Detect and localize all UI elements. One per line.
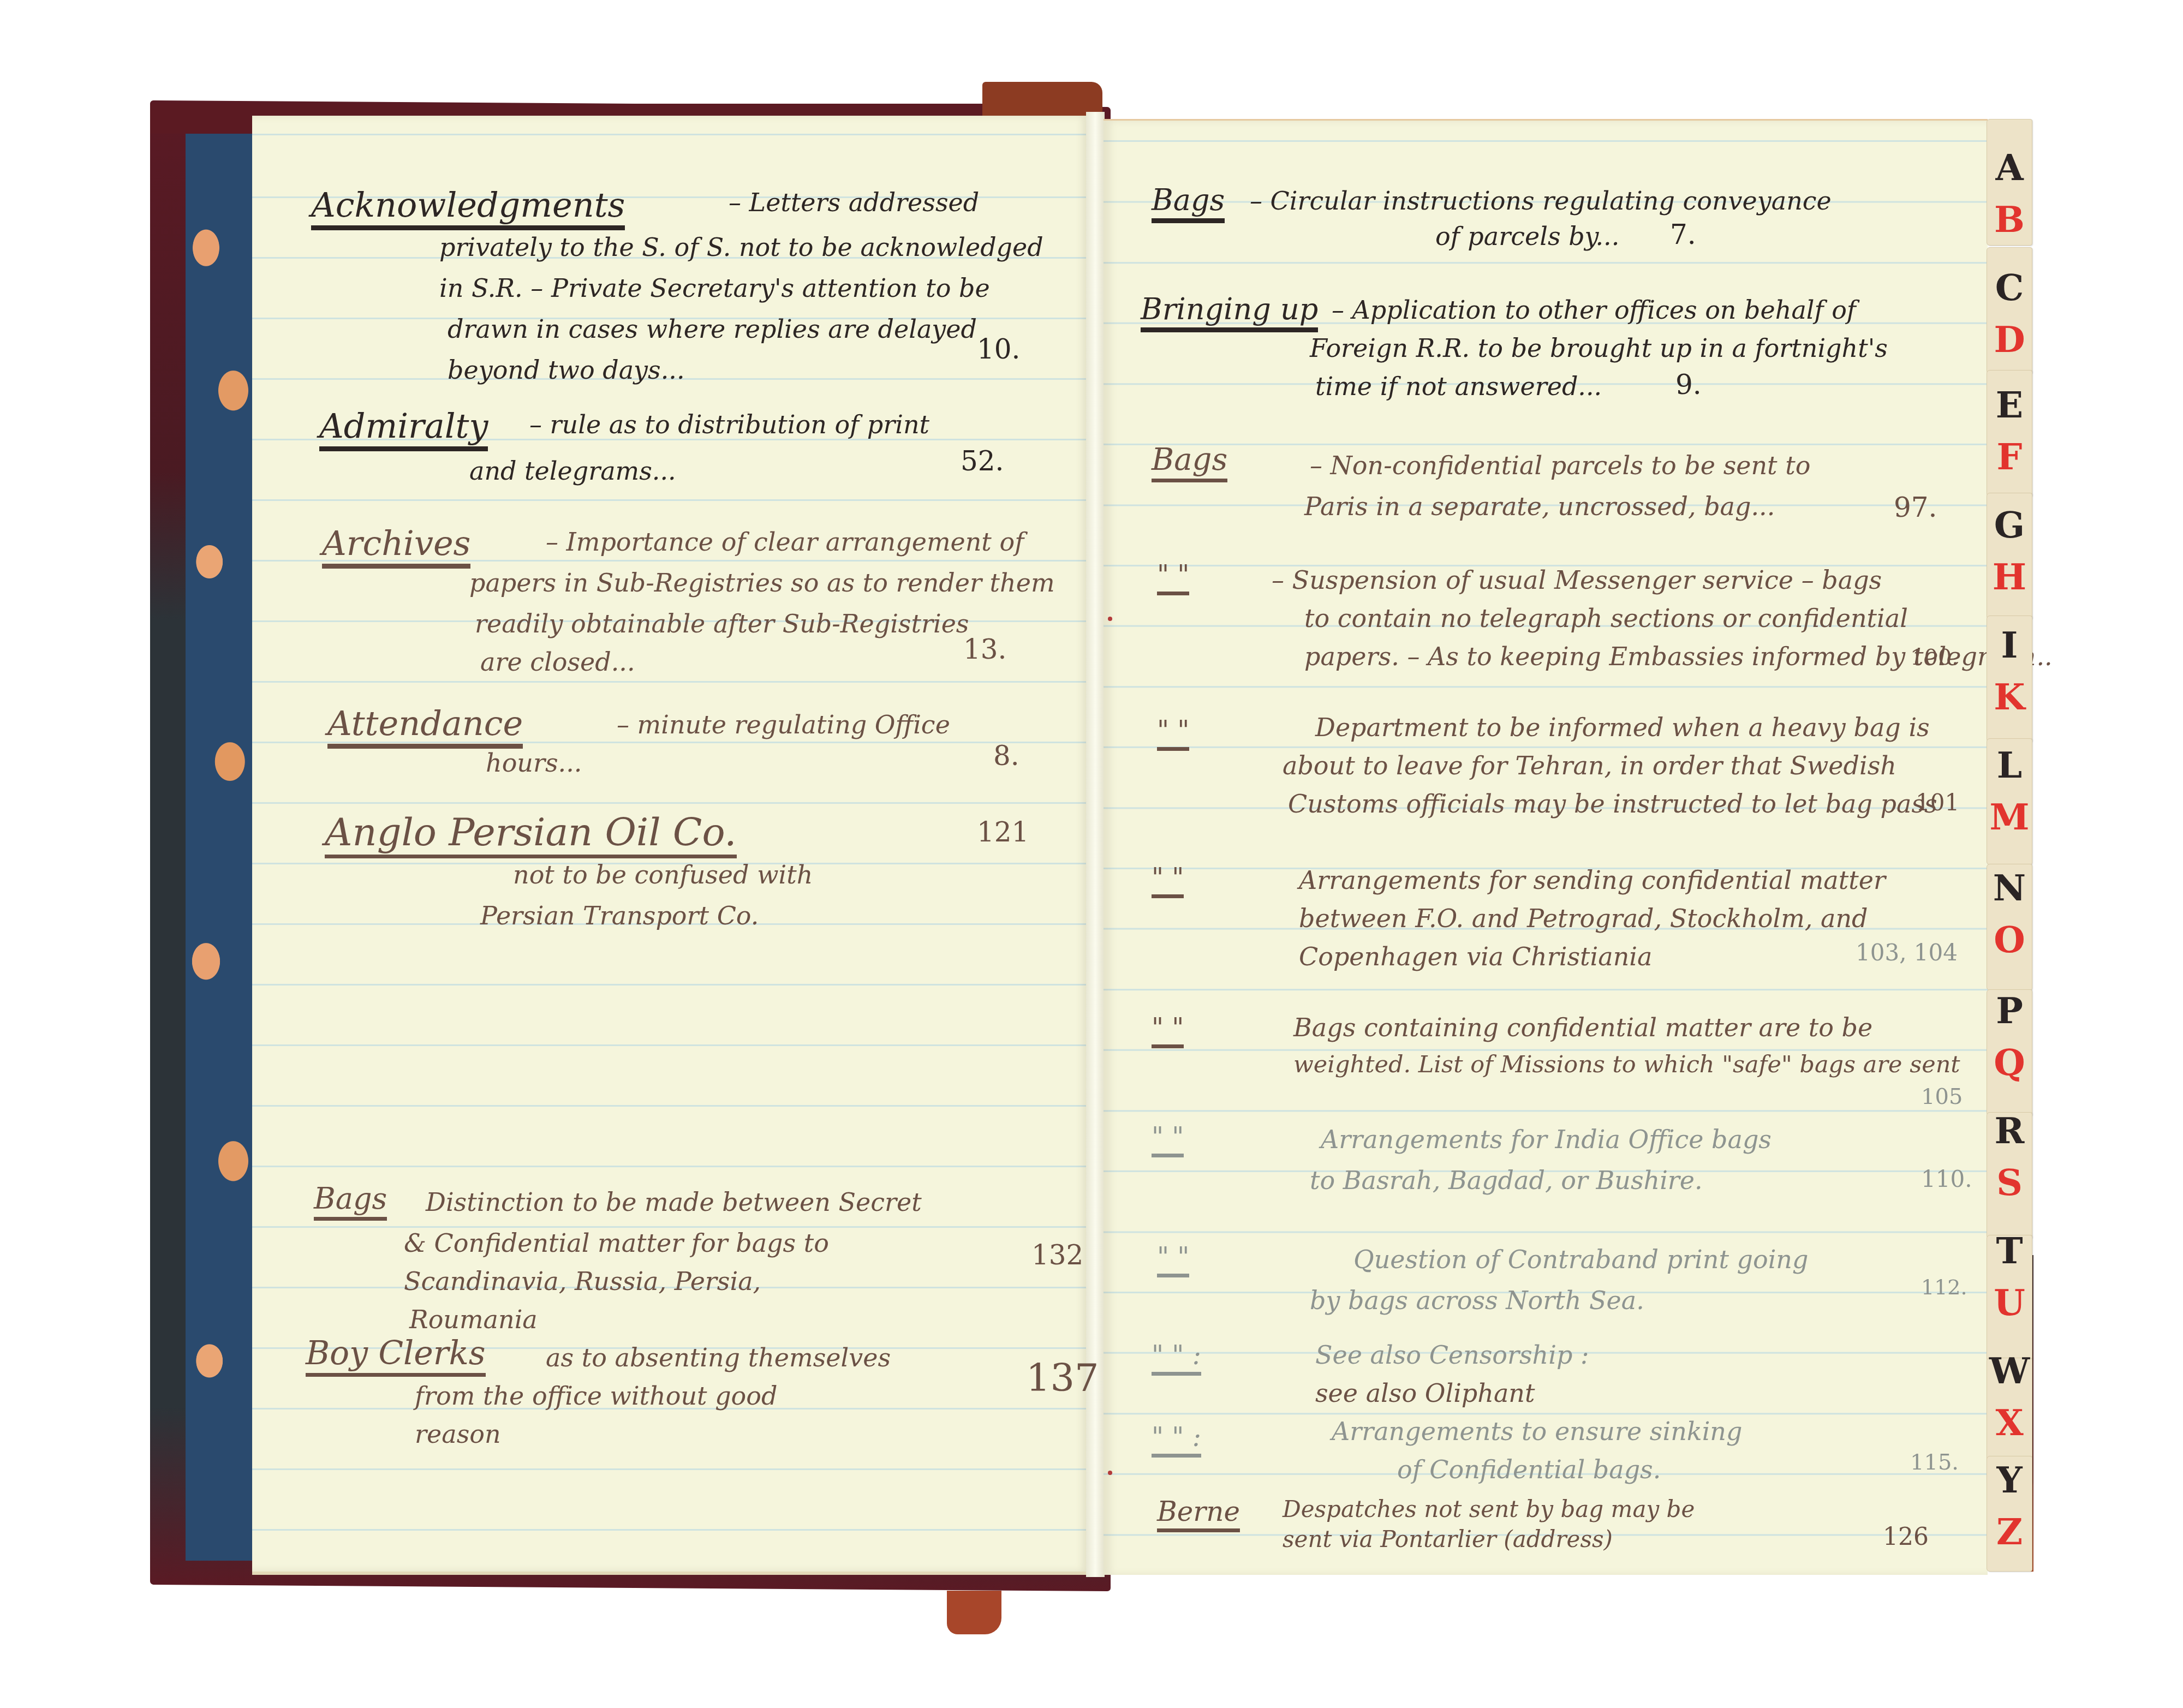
- entry-line: Scandinavia, Russia, Persia,: [404, 1269, 761, 1294]
- entry-line: – Application to other offices on behalf…: [1332, 297, 1856, 323]
- tab-r-s[interactable]: R S: [1987, 1112, 2032, 1239]
- page-number: 115.: [1910, 1452, 1959, 1473]
- entry-line: of parcels by...: [1435, 224, 1619, 249]
- page-number: 105: [1921, 1086, 1963, 1108]
- entry-line: – Letters addressed: [729, 190, 979, 215]
- entry-heading: " ": [1157, 718, 1189, 751]
- tab-letter: Y: [1987, 1462, 2032, 1498]
- entry-line: from the office without good: [415, 1383, 777, 1408]
- entry-line: in S.R. – Private Secretary's attention …: [439, 276, 990, 301]
- page-number: 103, 104: [1856, 941, 1958, 964]
- tab-n-o[interactable]: N O: [1987, 864, 2032, 990]
- tab-letter: O: [1987, 922, 2032, 958]
- entry-line: not to be confused with: [513, 862, 813, 887]
- tab-letter: W: [1987, 1353, 2032, 1389]
- entry-line: Despatches not sent by bag may be: [1283, 1498, 1695, 1521]
- entry-line: papers in Sub-Registries so as to render…: [469, 570, 1055, 595]
- entry-heading: Acknowledgments: [311, 188, 625, 230]
- entry-heading: Bags: [1152, 445, 1227, 482]
- entry-heading: Attendance: [327, 707, 523, 749]
- entry-heading: " " :: [1152, 1424, 1201, 1458]
- page-number: 100.: [1910, 647, 1959, 668]
- entry-line: Arrangements for India Office bags: [1321, 1127, 1772, 1152]
- entry-line: Distinction to be made between Secret: [426, 1190, 922, 1215]
- page-number: 110.: [1921, 1168, 1972, 1191]
- tab-letter: A: [1987, 150, 2032, 186]
- entry-line: by bags across North Sea.: [1310, 1288, 1644, 1313]
- entry-line: Customs officials may be instructed to l…: [1288, 791, 1937, 816]
- entry-heading: " ": [1152, 865, 1184, 898]
- entry-heading: " ": [1152, 1015, 1184, 1048]
- entry-line: as to absenting themselves: [546, 1345, 891, 1370]
- entry-line: to Basrah, Bagdad, or Bushire.: [1310, 1168, 1703, 1193]
- entry-heading: " ": [1157, 1244, 1189, 1277]
- tab-g-h[interactable]: G H: [1987, 493, 2032, 619]
- entry-heading: Anglo Persian Oil Co.: [325, 813, 737, 858]
- entry-heading: Bringing up: [1141, 295, 1318, 332]
- tab-letter: B: [1987, 201, 2032, 237]
- entry-line: See also Censorship :: [1315, 1342, 1589, 1367]
- entry-line: drawn in cases where replies are delayed: [448, 316, 977, 342]
- entry-line: readily obtainable after Sub-Registries: [475, 611, 969, 636]
- entry-heading: " ": [1157, 562, 1189, 595]
- entry-line: Foreign R.R. to be brought up in a fortn…: [1310, 336, 1888, 361]
- page-number: 8.: [993, 742, 1019, 769]
- entry-line: hours...: [486, 750, 582, 775]
- entry-heading: Admiralty: [319, 409, 488, 451]
- entry-line: Department to be informed when a heavy b…: [1315, 715, 1930, 740]
- spine-bottom-tear: [947, 1591, 1001, 1634]
- tab-letter: L: [1987, 747, 2032, 783]
- tab-y-z[interactable]: Y Z: [1987, 1456, 2032, 1572]
- entry-heading: Archives: [322, 527, 470, 569]
- tab-letter: I: [1987, 627, 2032, 663]
- page-number: 112.: [1921, 1277, 1967, 1298]
- tab-l-m[interactable]: L M: [1987, 738, 2032, 865]
- entry-line: reason: [415, 1422, 501, 1447]
- entry-heading: Boy Clerks: [306, 1337, 486, 1377]
- tab-letter: S: [1987, 1164, 2032, 1201]
- entry-line: beyond two days...: [448, 357, 685, 383]
- tab-letter: T: [1987, 1233, 2032, 1269]
- entry-line: weighted. List of Missions to which "saf…: [1293, 1053, 1960, 1077]
- tab-letter: G: [1987, 507, 2032, 543]
- entry-heading: Berne: [1157, 1498, 1240, 1532]
- tab-letter: U: [1987, 1285, 2032, 1321]
- page-number: 137: [1026, 1359, 1099, 1397]
- page-number: 126: [1883, 1525, 1929, 1549]
- tab-a-b[interactable]: A B: [1987, 119, 2032, 246]
- tab-letter: R: [1987, 1113, 2032, 1149]
- tab-letter: P: [1987, 993, 2032, 1029]
- entry-line: and telegrams...: [469, 458, 676, 483]
- tab-letter: F: [1987, 439, 2032, 475]
- tab-letter: K: [1987, 679, 2032, 715]
- tab-letter: D: [1987, 321, 2032, 357]
- tab-letter: E: [1987, 387, 2032, 423]
- entry-line: about to leave for Tehran, in order that…: [1283, 753, 1896, 778]
- entry-line: privately to the S. of S. not to be ackn…: [439, 235, 1043, 260]
- entry-heading: Bags: [1152, 186, 1225, 223]
- tab-letter: H: [1987, 559, 2032, 595]
- entry-line: time if not answered...: [1315, 374, 1602, 399]
- entry-line: are closed...: [480, 649, 635, 674]
- page-number: 97.: [1894, 494, 1937, 521]
- alphabet-index-tabs: A B C D E F G H I K L M N O P Q R S T U …: [1987, 119, 2031, 1570]
- entry-line: – minute regulating Office: [617, 712, 950, 737]
- entry-line: Paris in a separate, uncrossed, bag...: [1304, 494, 1775, 519]
- entry-line: Arrangements for sending confidential ma…: [1299, 868, 1886, 893]
- entry-line: & Confidential matter for bags to: [404, 1231, 829, 1256]
- page-number: 52.: [961, 447, 1004, 475]
- entry-line: – Non-confidential parcels to be sent to: [1310, 453, 1810, 478]
- entry-line: to contain no telegraph sections or conf…: [1304, 606, 1908, 631]
- entry-line: – Suspension of usual Messenger service …: [1272, 568, 1882, 593]
- entry-line: Arrangements to ensure sinking: [1332, 1419, 1742, 1444]
- tab-letter: M: [1987, 799, 2032, 835]
- entry-heading: " ": [1152, 1124, 1184, 1157]
- entry-line: of Confidential bags.: [1397, 1457, 1661, 1482]
- ink-spot: [1108, 1471, 1112, 1475]
- entry-line: – rule as to distribution of print: [529, 412, 929, 437]
- entry-heading: " " :: [1152, 1342, 1201, 1376]
- marbled-endpaper: [186, 134, 255, 1561]
- tab-i-k[interactable]: I K: [1987, 616, 2032, 742]
- entry-heading: Bags: [314, 1184, 387, 1221]
- ink-spot: [1108, 617, 1112, 621]
- tab-letter: X: [1987, 1405, 2032, 1441]
- page-number: 101: [1916, 791, 1959, 814]
- page-number: 121: [977, 819, 1029, 846]
- entry-line: Copenhagen via Christiania: [1299, 944, 1652, 969]
- page-number: 10.: [977, 336, 1021, 363]
- entry-line: – Circular instructions regulating conve…: [1250, 188, 1832, 213]
- entry-line: see also Oliphant: [1315, 1381, 1535, 1406]
- entry-line: – Importance of clear arrangement of: [546, 529, 1024, 554]
- tab-letter: Q: [1987, 1044, 2032, 1080]
- entry-line: sent via Pontarlier (address): [1283, 1528, 1613, 1551]
- tab-c-d[interactable]: C D: [1987, 247, 2032, 374]
- page-number: 13.: [963, 636, 1007, 663]
- entry-line: Persian Transport Co.: [480, 903, 759, 928]
- page-number: 7.: [1670, 221, 1696, 248]
- tab-letter: Z: [1987, 1514, 2032, 1550]
- tab-letter: C: [1987, 270, 2032, 306]
- tab-t-u[interactable]: T U: [1987, 1235, 2032, 1361]
- entry-line: between F.O. and Petrograd, Stockholm, a…: [1299, 906, 1868, 931]
- page-number: 132: [1031, 1241, 1083, 1269]
- entry-line: Bags containing confidential matter are …: [1293, 1015, 1872, 1040]
- tab-letter: N: [1987, 870, 2032, 906]
- tab-e-f[interactable]: E F: [1987, 370, 2032, 497]
- entry-line: Question of Contraband print going: [1353, 1247, 1808, 1272]
- entry-line: Roumania: [409, 1307, 538, 1332]
- tab-p-q[interactable]: P Q: [1987, 989, 2032, 1116]
- spine-top-tear: [982, 82, 1102, 120]
- page-number: 9.: [1675, 371, 1702, 398]
